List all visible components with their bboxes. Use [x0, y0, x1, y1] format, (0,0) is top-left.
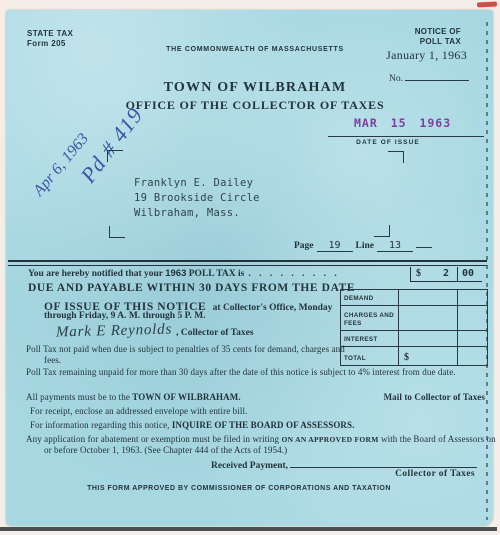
info-caps: INQUIRE OF THE BOARD OF ASSESSORS. — [172, 420, 355, 430]
fee-label-charges: CHARGES AND FEES — [341, 306, 399, 330]
notice-type-line1: NOTICE OF — [415, 27, 461, 37]
town-title: TOWN OF WILBRAHAM — [105, 80, 405, 96]
total-currency-sign: $ — [399, 352, 409, 365]
form-number: Form 205 — [27, 39, 73, 49]
poll-tax-notice-form: STATE TAX Form 205 THE COMMONWEALTH OF M… — [6, 10, 493, 526]
recipient-address: Franklyn E. Dailey 19 Brookside Circle W… — [134, 176, 260, 221]
amount-dollars: 2 — [443, 268, 449, 279]
page-value: 19 — [317, 240, 353, 252]
notice-type-line2: POLL TAX — [415, 37, 461, 47]
mail-note: Mail to Collector of Taxes — [384, 392, 485, 403]
collector-signature-line: Mark E Reynolds , Collector of Taxes — [56, 322, 254, 340]
recipient-city: Wilbraham, Mass. — [134, 206, 260, 221]
scanned-document: STATE TAX Form 205 THE COMMONWEALTH OF M… — [0, 0, 500, 535]
office-title: OFFICE OF THE COLLECTOR OF TAXES — [105, 98, 405, 113]
approval-footer: THIS FORM APPROVED BY COMMISSIONER OF CO… — [66, 485, 412, 492]
fee-interest-cents — [458, 331, 487, 346]
page-label: Page — [294, 241, 314, 251]
intro-text-cont: POLL TAX is — [186, 269, 244, 279]
amount-divider-left — [410, 267, 411, 281]
abatement-pre: Any application for abatement or exempti… — [26, 434, 282, 444]
signature-title: , Collector of Taxes — [176, 328, 253, 338]
payments-pre: All payments must be to the — [26, 392, 132, 402]
window-corner-bottom-left — [109, 226, 125, 238]
received-payment-label: Received Payment, — [211, 461, 288, 471]
date-of-issue-line — [328, 136, 484, 137]
window-corner-top-left — [107, 150, 123, 162]
table-row: CHARGES AND FEES — [341, 305, 487, 330]
dot-leaders: . . . . . . . . . — [244, 269, 408, 279]
section-divider-rule — [8, 260, 487, 266]
notice-type-block: NOTICE OF POLL TAX — [415, 27, 461, 46]
fee-total-cents — [458, 347, 487, 365]
form-id-block: STATE TAX Form 205 — [27, 29, 73, 49]
reference-trailing-line — [416, 237, 432, 248]
fee-label-demand: DEMAND — [341, 290, 399, 305]
scan-bottom-edge — [0, 527, 497, 531]
fee-charges-cents — [458, 306, 487, 330]
fee-interest-amount — [399, 331, 458, 346]
table-row: TOTAL $ — [341, 346, 487, 365]
due-payable-line: DUE AND PAYABLE WITHIN 30 DAYS FROM THE … — [28, 282, 355, 294]
issue-rest: at Collector's Office, Monday — [210, 303, 332, 313]
payments-town-caps: TOWN OF WILBRAHAM. — [132, 392, 240, 402]
received-payment-blank — [290, 457, 477, 468]
amount-underline — [410, 281, 482, 282]
notice-intro-line: You are hereby notified that your 1963 P… — [28, 268, 408, 279]
notice-date: January 1, 1963 — [386, 48, 467, 63]
state-tax-label: STATE TAX — [27, 29, 73, 39]
abatement-clause: Any application for abatement or exempti… — [26, 434, 500, 456]
abatement-caps: ON AN APPROVED FORM — [282, 435, 379, 444]
window-corner-top-right — [388, 151, 404, 163]
payments-clause: All payments must be to the TOWN OF WILB… — [26, 392, 485, 403]
fee-demand-amount — [399, 290, 458, 305]
number-blank-line — [405, 70, 469, 81]
recipient-name: Franklyn E. Dailey — [134, 176, 260, 191]
recipient-street: 19 Brookside Circle — [134, 191, 260, 206]
info-pre: For information regarding this notice, — [30, 420, 172, 430]
office-hours-line: through Friday, 9 A. M. through 5 P. M. — [44, 311, 206, 321]
line-value: 13 — [377, 240, 413, 252]
amount-currency: $ — [416, 268, 421, 279]
fee-charges-amount — [399, 306, 458, 330]
commonwealth-heading: THE COMMONWEALTH OF MASSACHUSETTS — [105, 46, 405, 53]
intro-text: You are hereby notified that your — [28, 269, 165, 279]
date-stamp: MAR 15 1963 — [354, 116, 451, 130]
table-row: INTEREST — [341, 330, 487, 346]
page-line-reference: Page 19 Line 13 — [294, 237, 478, 252]
fee-demand-cents — [458, 290, 487, 305]
info-clause: For information regarding this notice, I… — [30, 420, 355, 431]
tax-year: 1963 — [165, 268, 186, 279]
line-label: Line — [356, 241, 374, 251]
signature-script: Mark E Reynolds — [56, 321, 173, 341]
red-pen-mark — [477, 1, 497, 7]
interest-clause: Poll Tax remaining unpaid for more than … — [26, 367, 500, 378]
penalty-clause: Poll Tax not paid when due is subject to… — [26, 344, 358, 366]
fee-table: DEMAND CHARGES AND FEES INTEREST TOTAL $ — [340, 289, 488, 366]
payments-text: All payments must be to the TOWN OF WILB… — [26, 392, 241, 403]
amount-divider-cents — [457, 267, 458, 281]
collector-of-taxes-label: Collector of Taxes — [395, 469, 475, 479]
receipt-clause: For receipt, enclose an addressed envelo… — [30, 406, 247, 417]
date-of-issue-label: DATE OF ISSUE — [332, 139, 444, 146]
amount-cents: 00 — [462, 268, 474, 279]
table-row: DEMAND — [341, 290, 487, 305]
window-corner-bottom-right — [374, 225, 390, 237]
